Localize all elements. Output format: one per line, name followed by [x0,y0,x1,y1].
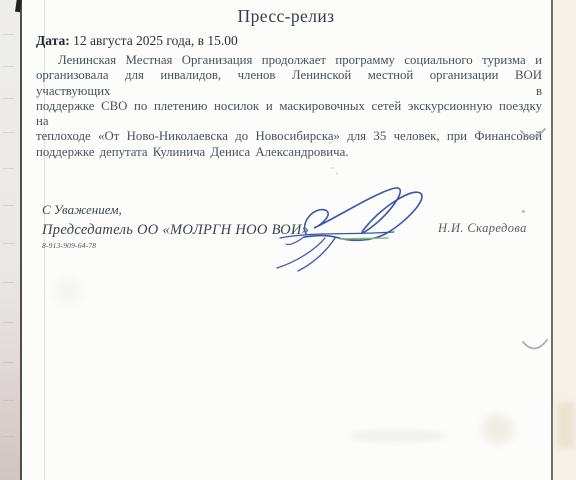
signature-ink [268,180,440,276]
curved-pen-mark [519,124,547,146]
date-value: 12 августа 2025 года, в 15.00 [70,33,238,48]
page-left-edge-line [20,0,22,480]
body-line: теплоходе «От Ново-Николаевска до Новоси… [36,129,542,144]
document-title: Пресс-релиз [21,6,551,27]
scanner-right-margin [553,0,576,480]
scan-speck [336,172,338,175]
scan-smudge [55,278,81,304]
signer-name: Н.И. Скаредова [438,221,527,236]
scan-smudge [482,414,514,444]
body-line: организовала для инвалидов, членов Ленин… [36,68,542,99]
curved-pen-mark [521,336,549,358]
scan-speck [331,167,334,169]
scanner-left-margin [0,0,20,480]
body-line: поддержке СВО по плетению носилок и маск… [36,99,542,130]
scan-smudge [350,430,445,442]
date-label: Дата: [36,33,70,48]
body-line: поддержке депутата Кулинича Дениса Алекс… [36,145,542,160]
scanned-press-release-page: Пресс-релиз Дата: 12 августа 2025 года, … [0,0,576,480]
body-paragraph: Ленинская Местная Организация продолжает… [36,53,542,160]
body-line: Ленинская Местная Организация продолжает… [36,53,542,68]
salutation: С Уважением, [42,202,122,218]
signer-phone: 8-913-909-64-78 [42,241,96,250]
green-pen-stroke [340,238,388,239]
date-line: Дата: 12 августа 2025 года, в 15.00 [36,33,238,49]
pen-dot-mark [522,210,525,213]
